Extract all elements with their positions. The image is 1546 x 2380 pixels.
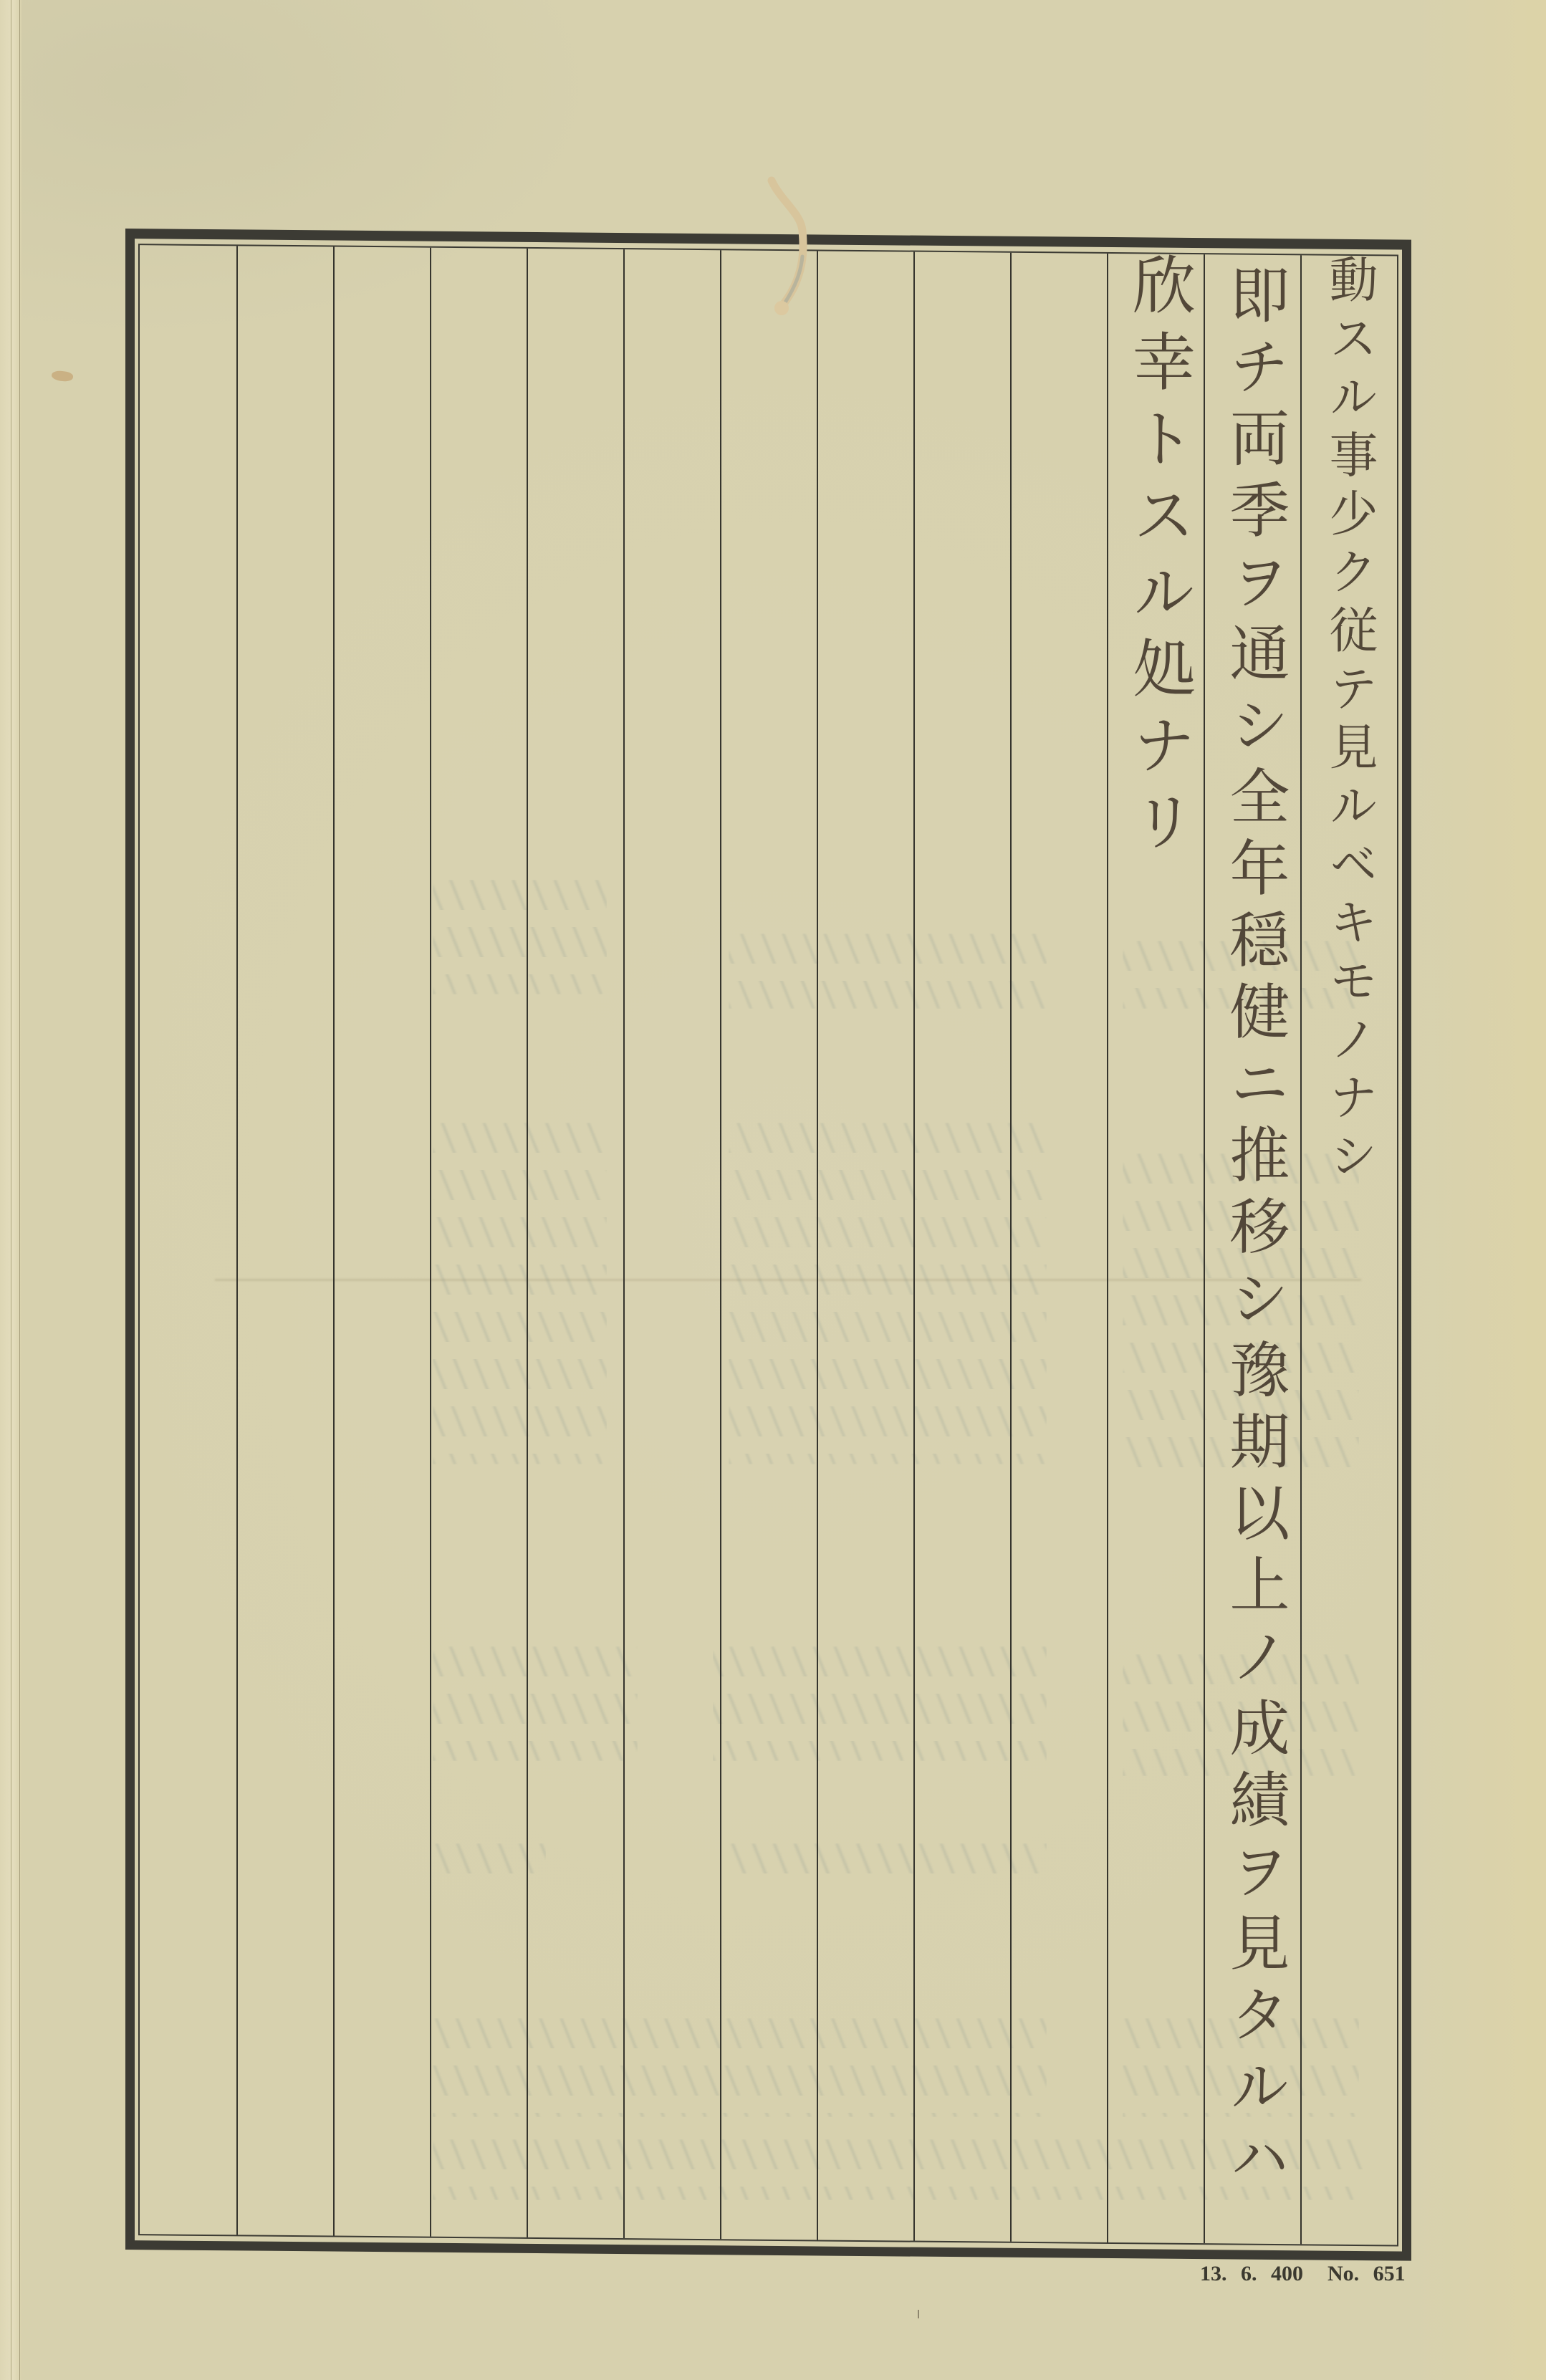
page-edge-line <box>11 0 11 2380</box>
ruled-column <box>913 252 1010 2242</box>
inner-rule-box <box>138 244 1398 2246</box>
paper-stain <box>51 370 74 383</box>
binding-thread <box>759 172 817 322</box>
page-edge-line <box>19 0 20 2380</box>
paper-mark <box>918 2310 919 2318</box>
ruled-column <box>1010 253 1107 2242</box>
handwritten-column-2: 即チ両季ヲ通シ全年穏健ニ推移シ豫期以上ノ成績ヲ見タルハ <box>1225 264 1285 2198</box>
ruled-column <box>817 251 913 2240</box>
ruled-frame <box>125 229 1411 2261</box>
handwritten-column-3: 欣幸トスル処ナリ <box>1128 252 1191 865</box>
ruled-column <box>527 249 623 2238</box>
ruled-column <box>720 250 817 2240</box>
ruled-column <box>140 245 236 2235</box>
ruled-column <box>236 246 333 2235</box>
handwritten-column-1: 動スル事少ク従テ見ルベキモノナシ <box>1325 254 1373 1189</box>
ruled-column <box>623 249 720 2239</box>
ruled-column <box>430 248 527 2237</box>
print-code: 13. 6. 400 <box>1200 2263 1303 2285</box>
form-number: No. 651 <box>1327 2263 1406 2285</box>
ruled-column <box>333 247 430 2237</box>
